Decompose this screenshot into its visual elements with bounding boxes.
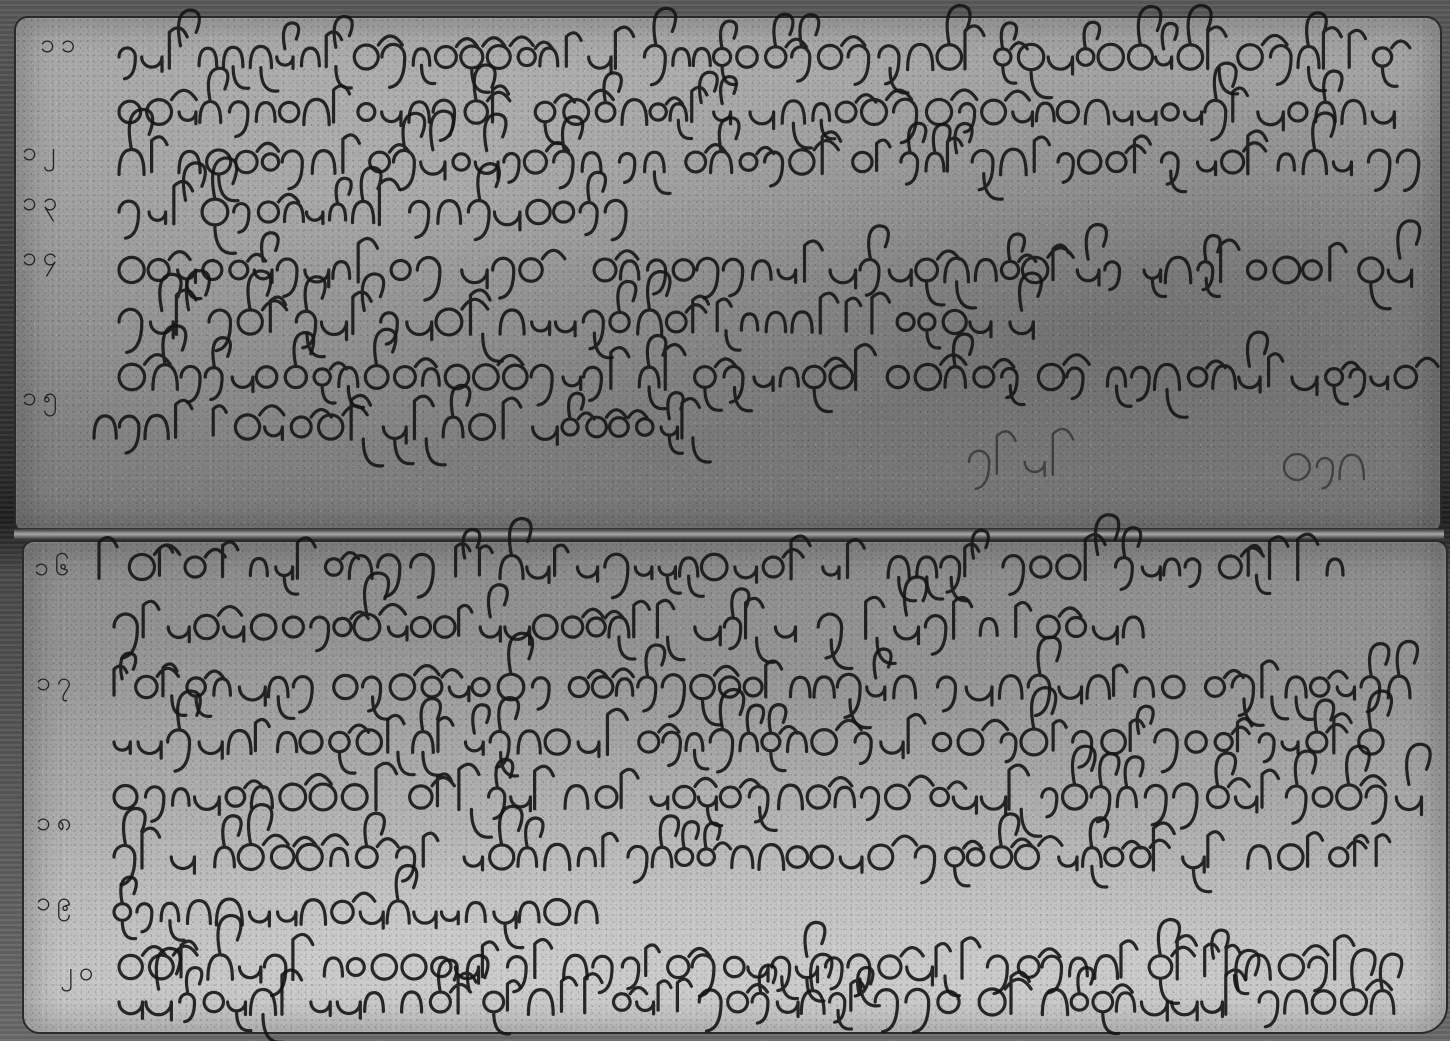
margin-numeral: ၁၅	[22, 379, 63, 418]
margin-numeral: ၂၀	[60, 954, 99, 993]
margin-numeral: ၁၆	[34, 549, 75, 588]
manuscript-text-line	[90, 395, 720, 465]
marginal-annotation	[1280, 435, 1370, 505]
margin-numeral: ၁၄	[22, 239, 63, 278]
margin-numeral: ၁၈	[36, 804, 77, 843]
margin-numeral: ၁၇	[36, 664, 77, 703]
margin-numeral: ၁၃	[22, 184, 63, 223]
margin-numeral: ၁၁	[40, 26, 81, 65]
margin-numeral: ၁၉	[36, 884, 77, 923]
manuscript-text-line	[115, 970, 1400, 1040]
marginal-annotation	[965, 430, 1080, 500]
margin-numeral: ၁၂	[22, 134, 61, 173]
